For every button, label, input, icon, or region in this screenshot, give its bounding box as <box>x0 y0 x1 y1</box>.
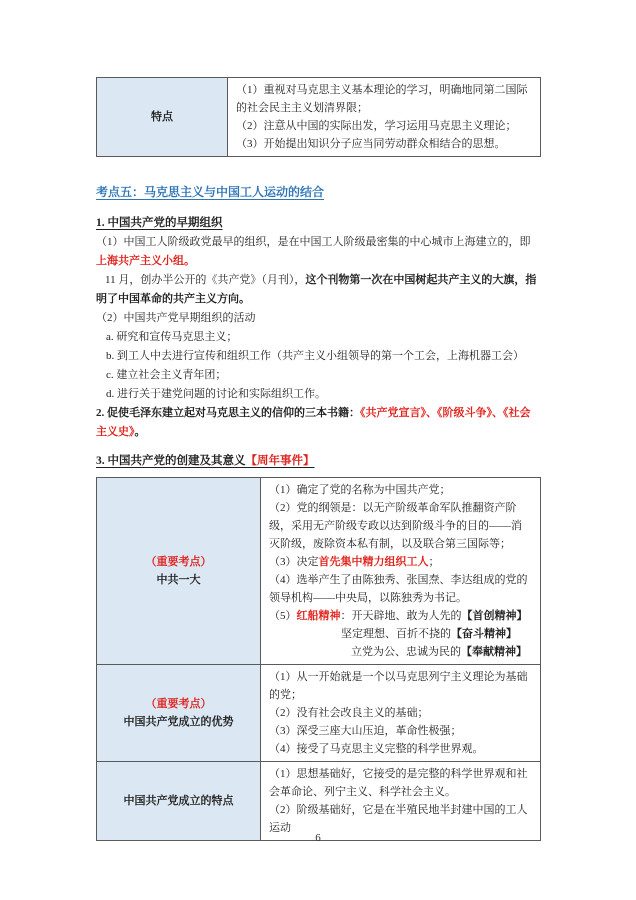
table-row-first-congress: （重要考点） 中共一大 （1）确定了党的名称为中国共产党； （2）党的纲领是：以… <box>97 478 541 665</box>
subheading-3-text: 3. 中国共产党的创建及其意义 <box>96 455 246 467</box>
row-content-cell: （1）重视对马克思主义基本理论的学习，明确地同第二国际的社会民主主义划清界限； … <box>228 78 541 157</box>
paragraph-2-text: 11 月，创办半公开的《共产党》（月刊）， <box>105 274 305 286</box>
row-label: 中国共产党成立的优势 <box>101 713 256 731</box>
important-point-tag: （重要考点） <box>101 553 256 571</box>
table-row-founding-features: 中国共产党成立的特点 （1）思想基础好，它接受的是完整的科学世界观和社会革命论、… <box>97 762 541 841</box>
list-item-c: c. 建立社会主义青年团； <box>96 366 541 385</box>
content-item: （1）确定了党的名称为中国共产党； <box>269 481 532 499</box>
spirit-pioneering: 【首创精神】 <box>462 610 528 622</box>
list-item-a: a. 研究和宣传马克思主义； <box>96 328 541 347</box>
content-item: （3）决定首先集中精力组织工人； <box>269 553 532 571</box>
list-item-b: b. 到工人中去进行宣传和组织工作（共产主义小组领导的第一个工会，上海机器工会） <box>96 347 541 366</box>
paragraph-1-text: （1）中国工人阶级政党最早的组织，是在中国工人阶级最密集的中心城市上海建立的，即 <box>96 236 531 248</box>
list-item-d: d. 进行关于建党问题的讨论和实际组织工作。 <box>96 385 541 404</box>
content-item: 立党为公、忠诚为民的【奉献精神】 <box>351 643 532 661</box>
content-item: （4）接受了马克思主义完整的科学世界观。 <box>269 740 532 758</box>
subheading-1: 1. 中国共产党的早期组织 <box>96 214 541 233</box>
spirit-dedication: 【奉献精神】 <box>461 646 527 658</box>
row-label: 中共一大 <box>101 571 256 589</box>
content-item: （2）党的纲领是：以无产阶级革命军队推翻资产阶级，采用无产阶级专政以达到阶级斗争… <box>269 499 532 553</box>
founding-table: （重要考点） 中共一大 （1）确定了党的名称为中国共产党； （2）党的纲领是：以… <box>96 477 541 841</box>
highlight-organize-workers: 首先集中精力组织工人 <box>319 556 429 568</box>
row-label-cell: （重要考点） 中共一大 <box>97 478 261 665</box>
content-text: 立党为公、忠诚为民的 <box>351 646 461 658</box>
row-label: 特点 <box>151 111 173 123</box>
content-item: （3）深受三座大山压迫，革命性极强； <box>269 722 532 740</box>
subheading-2: 2. 促使毛泽东建立起对马克思主义的信仰的三本书籍：《共产党宣言》、《阶级斗争》… <box>96 404 541 442</box>
row-content-cell: （1）从一开始就是一个以马克思列宁主义理论为基础的党； （2）没有社会改良主义的… <box>261 665 541 762</box>
row-label-cell: （重要考点） 中国共产党成立的优势 <box>97 665 261 762</box>
highlight-shanghai-group: 上海共产主义小组。 <box>96 255 195 267</box>
row-content-cell: （1）确定了党的名称为中国共产党； （2）党的纲领是：以无产阶级革命军队推翻资产… <box>261 478 541 665</box>
content-item: （5）红船精神：开天辟地、敢为人先的【首创精神】 <box>269 607 532 625</box>
content-item: （3）开始提出知识分子应当同劳动群众相结合的思想。 <box>236 135 532 153</box>
characteristics-table: 特点 （1）重视对马克思主义基本理论的学习，明确地同第二国际的社会民主主义划清界… <box>96 77 541 157</box>
content-item: （2）注意从中国的实际出发，学习运用马克思主义理论； <box>236 117 532 135</box>
document-page: 特点 （1）重视对马克思主义基本理论的学习，明确地同第二国际的社会民主主义划清界… <box>0 0 636 900</box>
content-item: （1）重视对马克思主义基本理论的学习，明确地同第二国际的社会民主主义划清界限； <box>236 81 532 117</box>
content-item: （1）思想基础好，它接受的是完整的科学世界观和社会革命论、列宁主义、科学社会主义… <box>269 765 532 801</box>
subheading-2-text: 2. 促使毛泽东建立起对马克思主义的信仰的三本书籍： <box>96 407 360 419</box>
content-text: 坚定理想、百折不挠的 <box>341 628 451 640</box>
row-content-cell: （1）思想基础好，它接受的是完整的科学世界观和社会革命论、列宁主义、科学社会主义… <box>261 762 541 841</box>
row-label-cell: 中国共产党成立的特点 <box>97 762 261 841</box>
table-row: 特点 （1）重视对马克思主义基本理论的学习，明确地同第二国际的社会民主主义划清界… <box>97 78 541 157</box>
table-row-founding-advantages: （重要考点） 中国共产党成立的优势 （1）从一开始就是一个以马克思列宁主义理论为… <box>97 665 541 762</box>
row-label-cell: 特点 <box>97 78 228 157</box>
section-heading: 考点五：马克思主义与中国工人运动的结合 <box>96 183 541 202</box>
content-text: ：开天辟地、敢为人先的 <box>341 610 462 622</box>
content-item: （1）从一开始就是一个以马克思列宁主义理论为基础的党； <box>269 668 532 704</box>
paragraph-3: （2）中国共产党早期组织的活动 <box>96 309 541 328</box>
highlight-anniversary-event: 【周年事件】 <box>246 455 315 467</box>
content-text: （5） <box>269 610 297 622</box>
content-text: （3）决定 <box>269 556 319 568</box>
spirit-struggle: 【奋斗精神】 <box>451 628 517 640</box>
content-item: （2）没有社会改良主义的基础； <box>269 704 532 722</box>
content-text: ； <box>429 556 440 568</box>
highlight-red-boat-spirit: 红船精神 <box>297 610 341 622</box>
page-content: 特点 （1）重视对马克思主义基本理论的学习，明确地同第二国际的社会民主主义划清界… <box>96 77 541 841</box>
page-number: 6 <box>0 832 636 844</box>
paragraph-2: 11 月，创办半公开的《共产党》（月刊），这个刊物第一次在中国树起共产主义的大旗… <box>96 271 541 309</box>
important-point-tag: （重要考点） <box>101 695 256 713</box>
paragraph-1: （1）中国工人阶级政党最早的组织，是在中国工人阶级最密集的中心城市上海建立的，即… <box>96 233 541 271</box>
subheading-2-period: 。 <box>135 426 146 438</box>
row-label: 中国共产党成立的特点 <box>101 792 256 810</box>
content-item: （4）选举产生了由陈独秀、张国焘、李达组成的党的领导机构——中央局，以陈独秀为书… <box>269 571 532 607</box>
subheading-3: 3. 中国共产党的创建及其意义【周年事件】 <box>96 452 541 471</box>
content-item: 坚定理想、百折不挠的【奋斗精神】 <box>341 625 532 643</box>
